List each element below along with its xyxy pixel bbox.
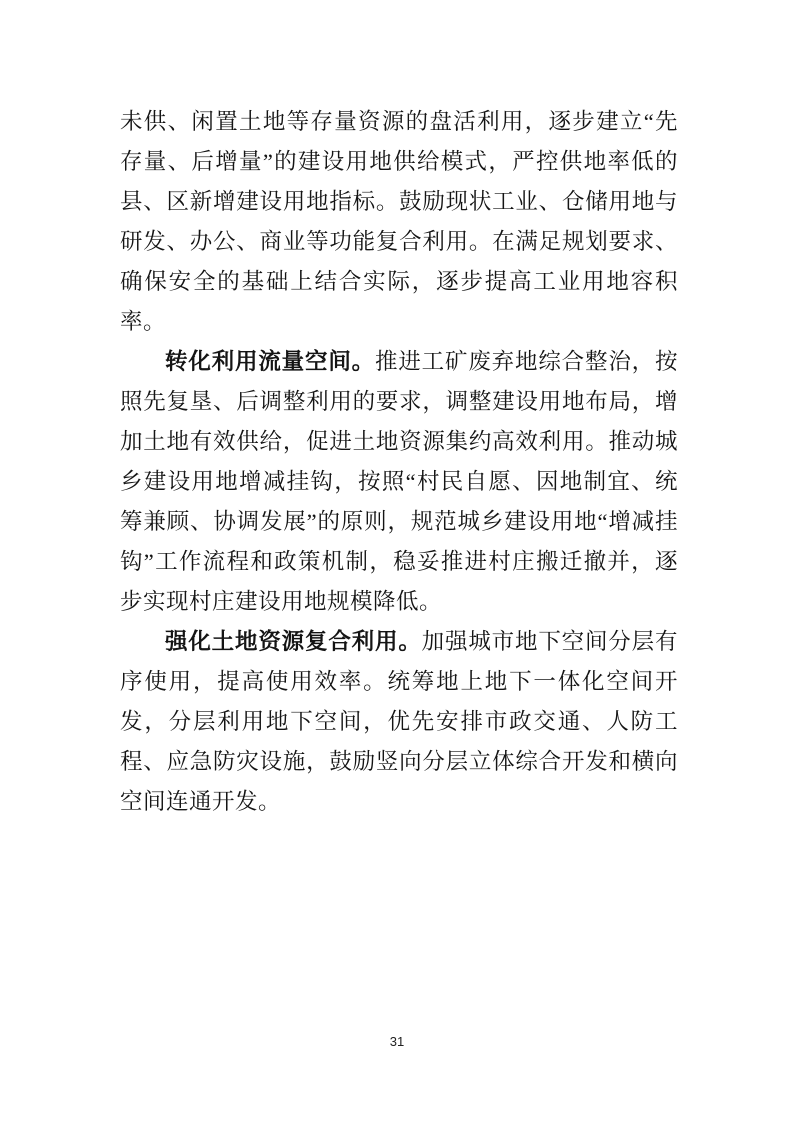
paragraph-text: 未供、闲置土地等存量资源的盘活利用，逐步建立“先存量、后增量”的建设用地供给模式…	[120, 109, 678, 334]
paragraph: 强化土地资源复合利用。加强城市地下空间分层有序使用，提高使用效率。统筹地上地下一…	[120, 622, 678, 822]
page-number: 31	[0, 1034, 794, 1049]
paragraph: 转化利用流量空间。推进工矿废弃地综合整治，按照先复垦、后调整利用的要求，调整建设…	[120, 342, 678, 622]
page-body-text: 未供、闲置土地等存量资源的盘活利用，逐步建立“先存量、后增量”的建设用地供给模式…	[120, 102, 678, 822]
document-page: 未供、闲置土地等存量资源的盘活利用，逐步建立“先存量、后增量”的建设用地供给模式…	[0, 0, 794, 1122]
paragraph-lead: 强化土地资源复合利用。	[165, 629, 422, 654]
paragraph: 未供、闲置土地等存量资源的盘活利用，逐步建立“先存量、后增量”的建设用地供给模式…	[120, 102, 678, 342]
paragraph-text: 加强城市地下空间分层有序使用，提高使用效率。统筹地上地下一体化空间开发，分层利用…	[120, 629, 678, 814]
paragraph-text: 推进工矿废弃地综合整治，按照先复垦、后调整利用的要求，调整建设用地布局，增加土地…	[120, 349, 678, 614]
paragraph-lead: 转化利用流量空间。	[165, 349, 375, 374]
